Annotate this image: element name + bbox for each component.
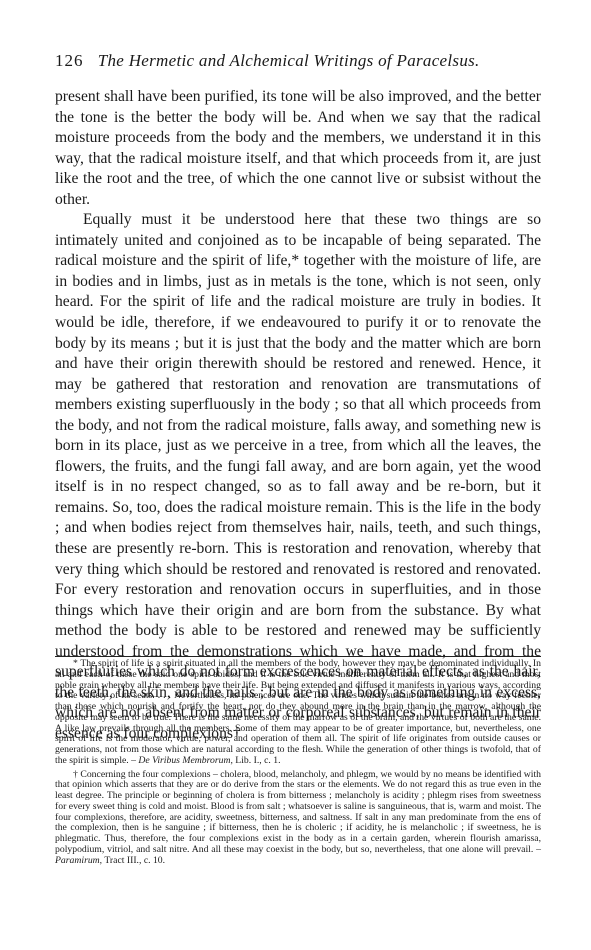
footnote-citation-tail: Lib. I., c. 1. (233, 755, 281, 766)
footnote-text: † Concerning the four complexions – chol… (55, 769, 541, 855)
footnote-citation-tail: Tract III., c. 10. (102, 855, 165, 866)
page-number: 126 (55, 51, 84, 70)
running-header: 126 The Hermetic and Alchemical Writings… (55, 51, 541, 73)
running-title: The Hermetic and Alchemical Writings of … (98, 51, 480, 70)
footnote: * The spirit of life is a spirit situate… (55, 659, 541, 767)
main-text: present shall have been purified, its to… (55, 87, 541, 745)
footnote-text: * The spirit of life is a spirit situate… (55, 658, 541, 766)
footnotes: * The spirit of life is a spirit situate… (55, 659, 541, 866)
footnote-separator (55, 656, 541, 657)
footnote: † Concerning the four complexions – chol… (55, 770, 541, 867)
footnote-citation: De Viribus Membrorum, (138, 755, 232, 766)
footnote-citation: Paramirum, (55, 855, 102, 866)
paragraph: present shall have been purified, its to… (55, 87, 541, 210)
